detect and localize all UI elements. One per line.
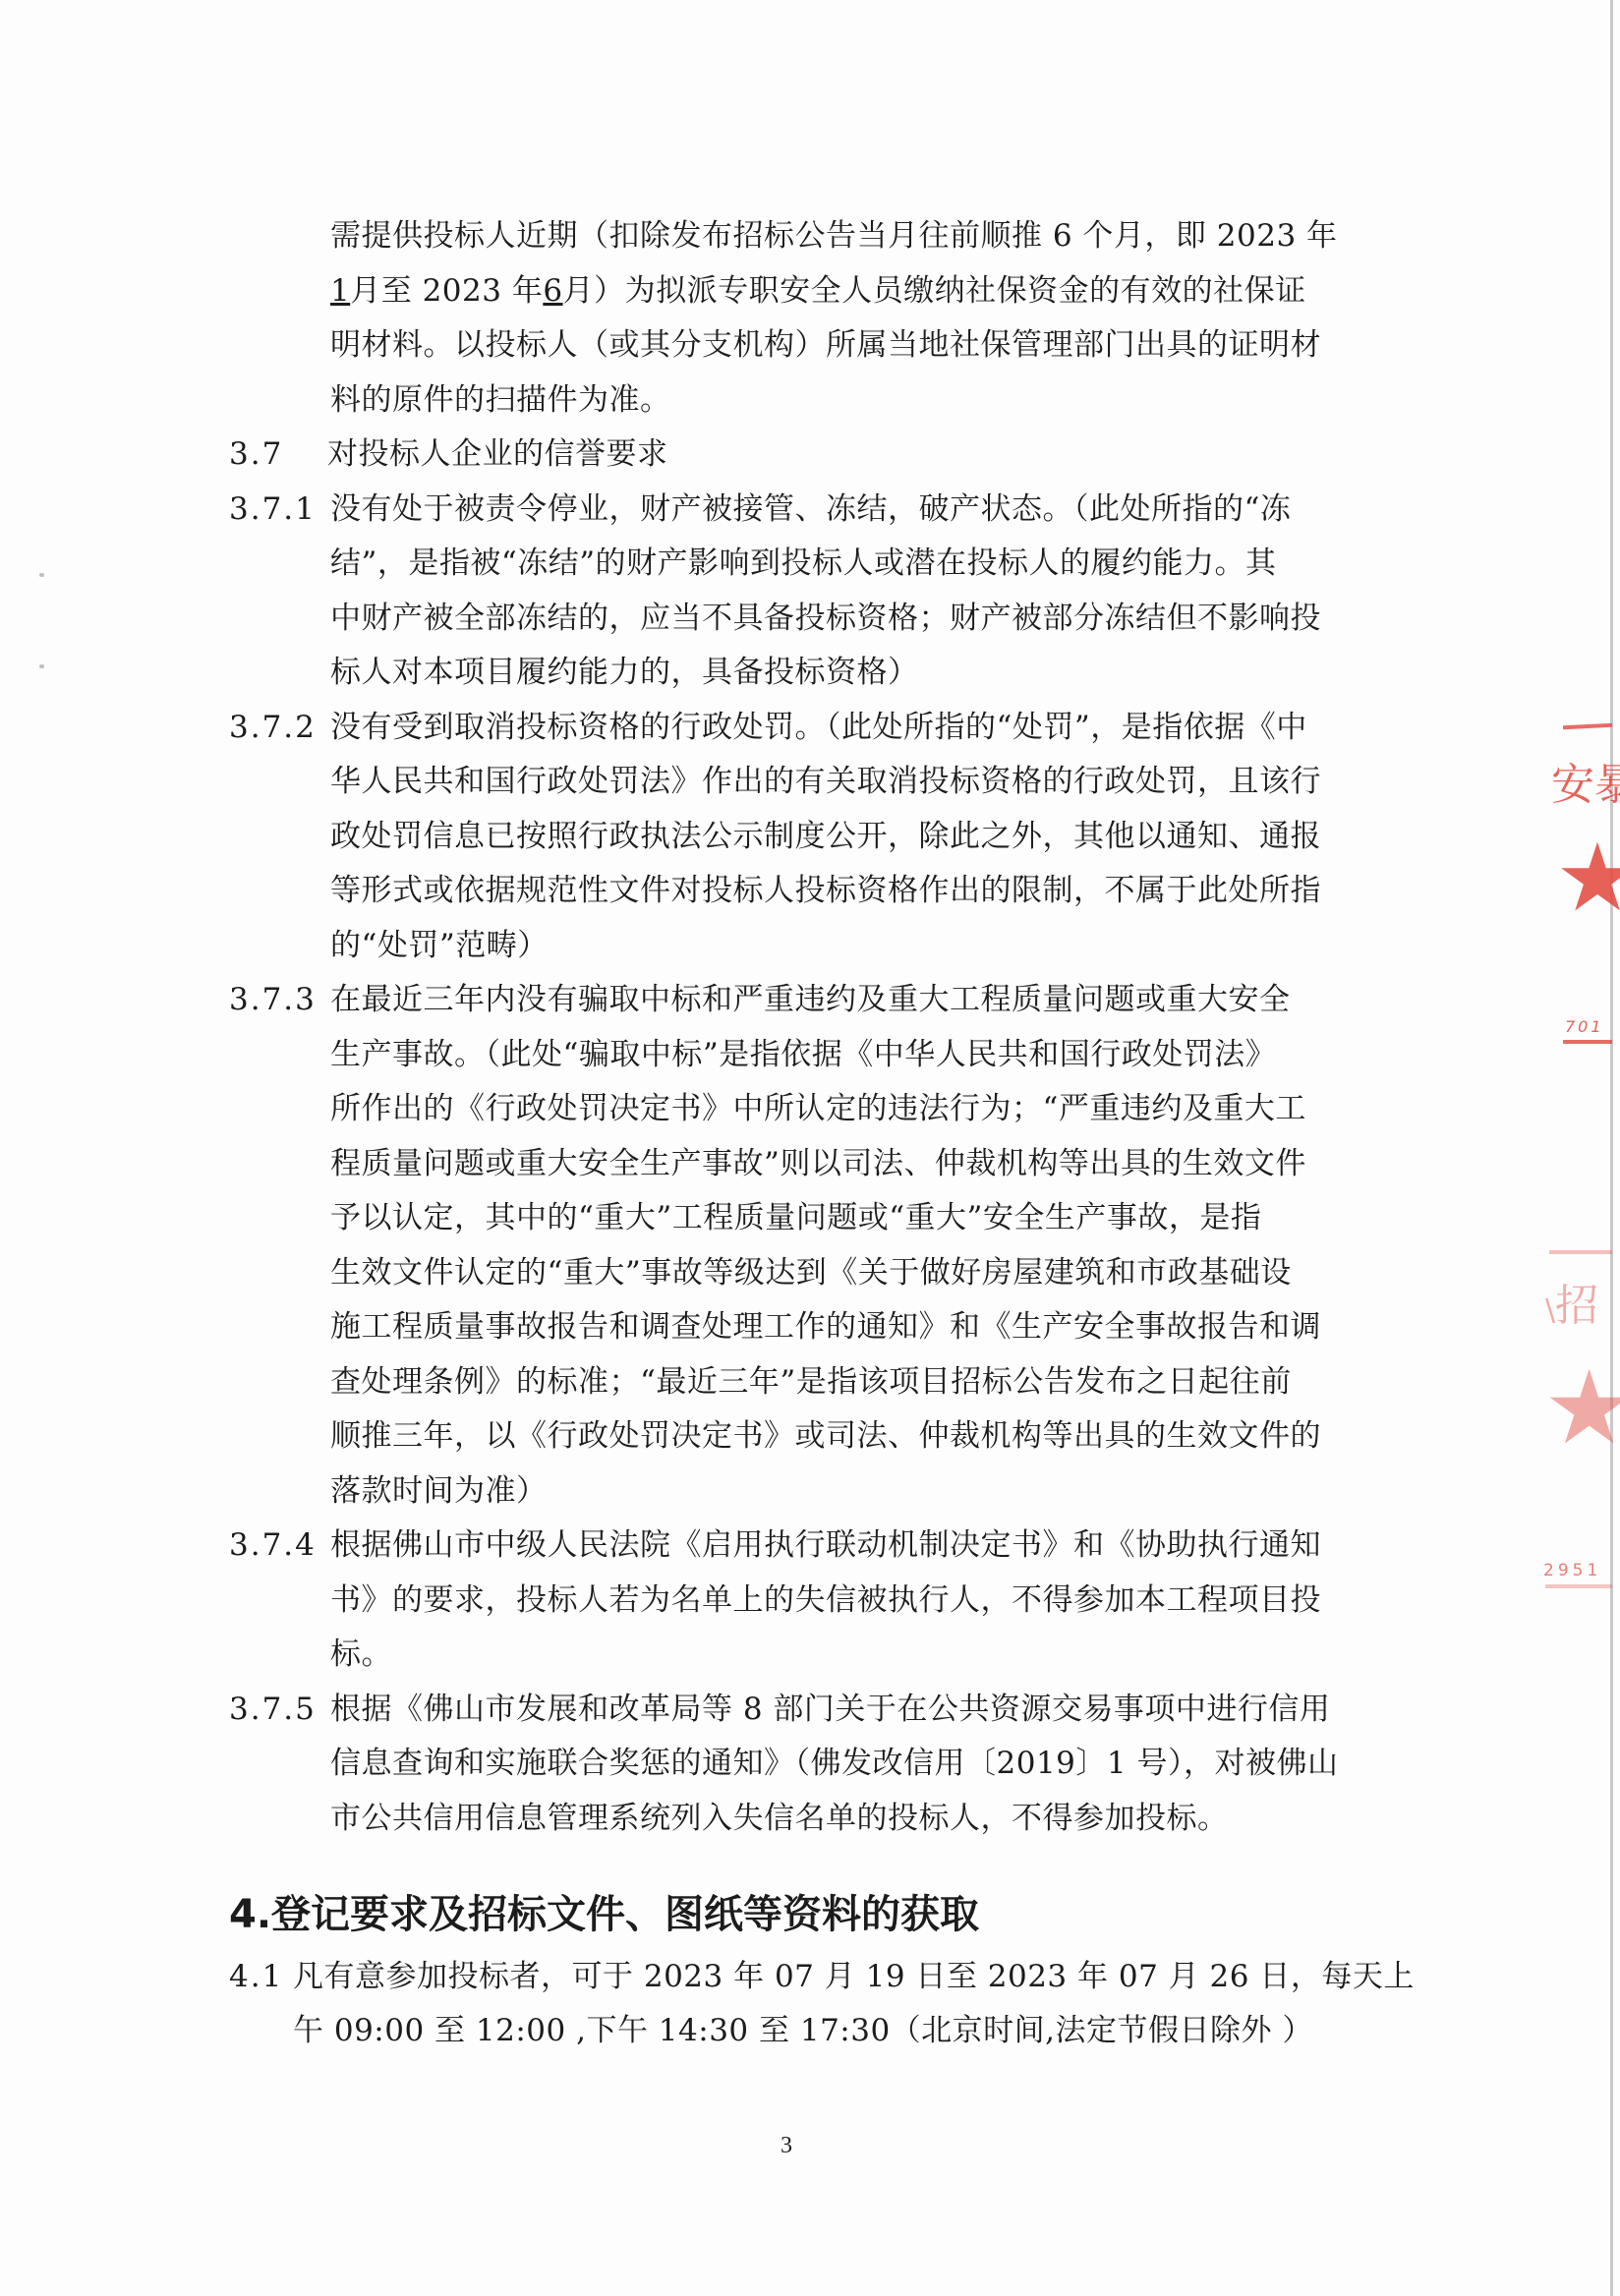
- paragraph-line: 1月至 2023 年6月）为拟派专职安全人员缴纳社保资金的有效的社保证: [330, 271, 1306, 311]
- item-line: 标人对本项目履约能力的，具备投标资格）: [330, 653, 919, 692]
- seal-border: [1549, 1250, 1612, 1254]
- section-number: 3.7: [229, 434, 283, 474]
- item-number: 3.7.1: [229, 489, 317, 529]
- item-line: 根据《佛山市发展和改革局等 8 部门关于在公共资源交易事项中进行信用: [330, 1690, 1330, 1729]
- item-line: 政处罚信息已按照行政执法公示制度公开，除此之外，其他以通知、通报: [330, 817, 1321, 856]
- item-number: 3.7.3: [229, 980, 317, 1019]
- item-line: 在最近三年内没有骗取中标和严重违约及重大工程质量问题或重大安全: [330, 980, 1291, 1019]
- item-line: 结”，是指被“冻结”的财产影响到投标人或潜在投标人的履约能力。其: [330, 544, 1277, 583]
- scan-speck: [39, 573, 44, 577]
- item-line: 根据佛山市中级人民法院《启用执行联动机制决定书》和《协助执行通知: [330, 1525, 1321, 1565]
- seal-number: 701: [1565, 1017, 1604, 1036]
- item-line: 生产事故。（此处“骗取中标”是指依据《中华人民共和国行政处罚法》: [330, 1035, 1276, 1074]
- item-line: 中财产被全部冻结的，应当不具备投标资格；财产被部分冻结但不影响投: [330, 599, 1321, 638]
- seal-number: 2951: [1543, 1561, 1601, 1580]
- item-line: 信息查询和实施联合奖惩的通知》（佛发改信用〔2019〕1 号），对被佛山: [330, 1744, 1338, 1783]
- item-line: 等形式或依据规范性文件对投标人投标资格作出的限制，不属于此处所指: [330, 871, 1321, 910]
- item-number: 3.7.2: [229, 708, 317, 747]
- item-line: 午 09:00 至 12:00 ,下午 14:30 至 17:30（北京时间,法…: [293, 2011, 1313, 2050]
- item-line: 市公共信用信息管理系统列入失信名单的投标人，不得参加投标。: [330, 1799, 1229, 1838]
- seal-border: [1563, 723, 1612, 730]
- item-line: 凡有意参加投标者，可于 2023 年 07 月 19 日至 2023 年 07 …: [293, 1957, 1415, 1996]
- item-line: 程质量问题或重大安全生产事故”则以司法、仲裁机构等出具的生效文件: [330, 1144, 1306, 1183]
- underlined-value: 1: [330, 273, 350, 309]
- item-line: 顺推三年，以《行政处罚决定书》或司法、仲裁机构等出具的生效文件的: [330, 1416, 1321, 1456]
- text-run: 明材料。以投标人（或其分支机构）所属当地社保管理部门出具的证明材: [330, 327, 1321, 363]
- text-run: 月至 2023 年: [350, 273, 543, 309]
- seal-star-icon: ★: [1543, 1356, 1620, 1459]
- item-line: 没有受到取消投标资格的行政处罚。（此处所指的“处罚”，是指依据《中: [330, 708, 1307, 747]
- paragraph-line: 料的原件的扫描件为准。: [330, 380, 671, 420]
- scan-speck: [39, 664, 44, 668]
- underlined-value: 6: [543, 273, 562, 309]
- item-line: 华人民共和国行政处罚法》作出的有关取消投标资格的行政处罚，且该行: [330, 762, 1321, 801]
- scan-page-edge: [1610, 0, 1613, 2296]
- seal-char: \招: [1545, 1270, 1598, 1333]
- paragraph-line: 需提供投标人近期（扣除发布招标公告当月往前顺推 6 个月，即 2023 年: [330, 216, 1338, 256]
- item-number: 3.7.4: [229, 1525, 317, 1565]
- item-line: 所作出的《行政处罚决定书》中所认定的违法行为；“严重违约及重大工: [330, 1089, 1306, 1128]
- section-heading: 4.登记要求及招标文件、图纸等资料的获取: [229, 1891, 979, 1938]
- seal-border: [1545, 1584, 1612, 1588]
- text-run: 月）为拟派专职安全人员缴纳社保资金的有效的社保证: [563, 273, 1306, 309]
- text-run: 需提供投标人近期（扣除发布招标公告当月往前顺推 6 个月，即 2023 年: [330, 218, 1338, 254]
- seal-star-icon: ★: [1555, 831, 1620, 925]
- paragraph-line: 明材料。以投标人（或其分支机构）所属当地社保管理部门出具的证明材: [330, 325, 1321, 365]
- page-number: 3: [781, 2133, 792, 2159]
- item-line: 生效文件认定的“重大”事故等级达到《关于做好房屋建筑和市政基础设: [330, 1253, 1292, 1292]
- item-line: 予以认定，其中的“重大”工程质量问题或“重大”安全生产事故，是指: [330, 1198, 1261, 1237]
- item-number: 4.1: [229, 1957, 283, 1996]
- seal-border: [1563, 1040, 1612, 1044]
- text-run: 料的原件的扫描件为准。: [330, 382, 671, 418]
- item-line: 落款时间为准）: [330, 1471, 548, 1511]
- item-line: 标。: [330, 1635, 392, 1674]
- item-number: 3.7.5: [229, 1690, 317, 1729]
- item-line: 书》的要求，投标人若为名单上的失信被执行人，不得参加本工程项目投: [330, 1580, 1321, 1620]
- item-line: 没有处于被责令停业，财产被接管、冻结，破产状态。（此处所指的“冻: [330, 489, 1291, 529]
- section-title: 对投标人企业的信誉要求: [327, 434, 668, 474]
- item-line: 查处理条例》的标准；“最近三年”是指该项目招标公告发布之日起往前: [330, 1362, 1292, 1402]
- seal-char: 安暴: [1551, 749, 1620, 812]
- item-line: 的“处罚”范畴）: [330, 926, 549, 965]
- item-line: 施工程质量事故报告和调查处理工作的通知》和《生产安全事故报告和调: [330, 1307, 1321, 1347]
